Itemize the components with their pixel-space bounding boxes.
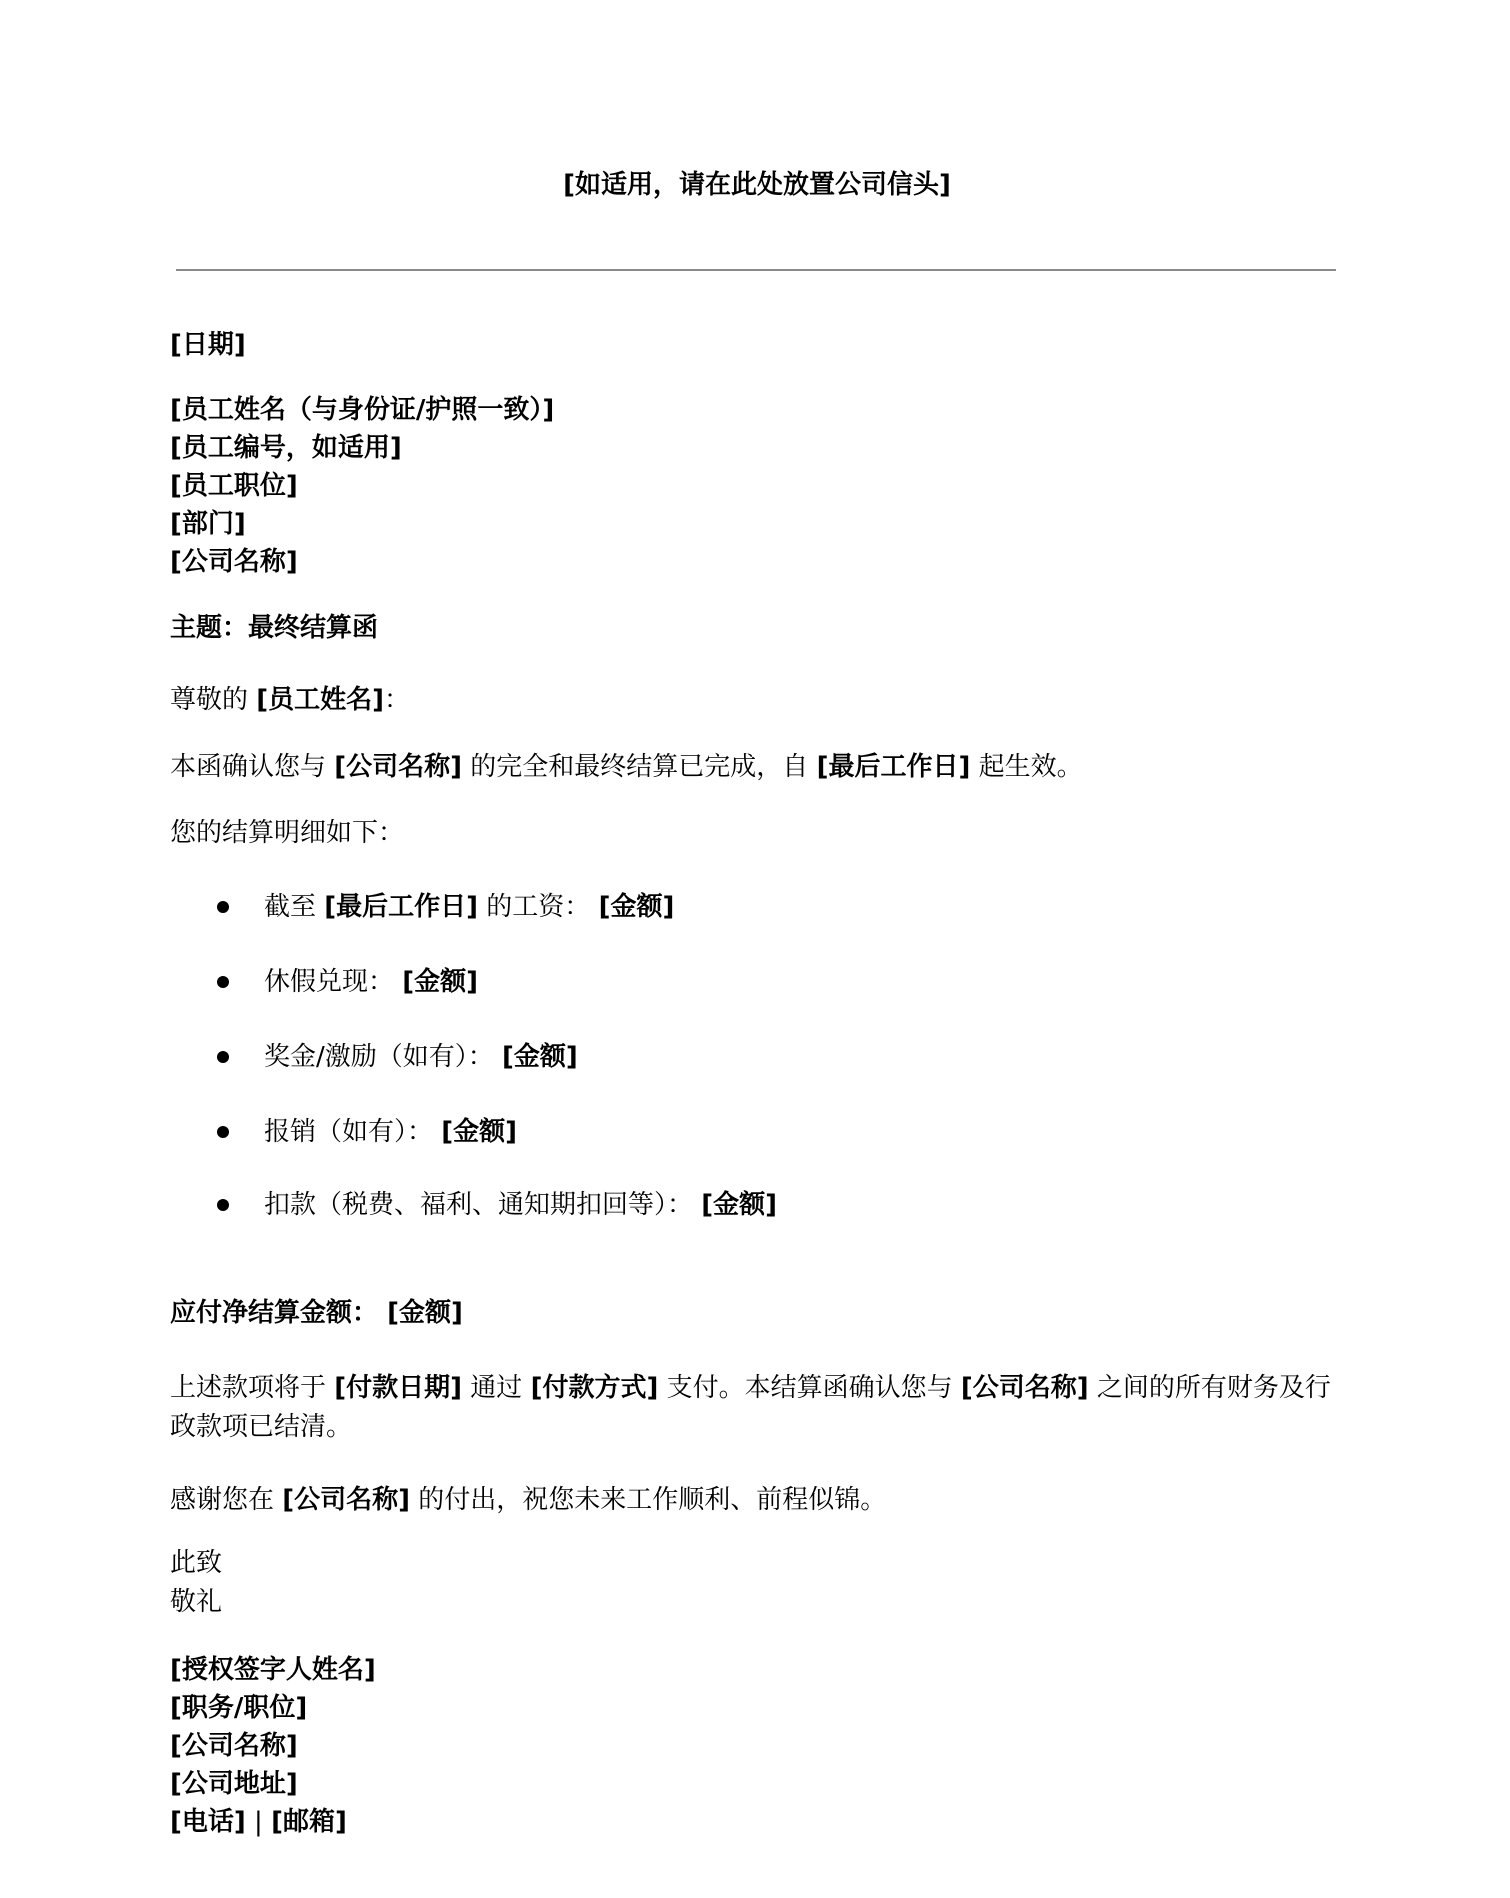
item-amount: [金额]	[441, 1117, 517, 1147]
net-label: 应付净结算金额：	[170, 1298, 387, 1328]
item-label: 报销（如有）：	[264, 1117, 441, 1147]
item-last-day: [最后工作日]	[324, 892, 478, 922]
letterhead-placeholder: [如适用，请在此处放置公司信头]	[0, 166, 1510, 204]
payment-company: [公司名称]	[961, 1373, 1089, 1403]
signature-company: [公司名称]	[170, 1727, 298, 1765]
recipient-company: [公司名称]	[170, 543, 298, 581]
payment-method: [付款方式]	[531, 1373, 659, 1403]
item-label-suffix: 的工资：	[478, 892, 599, 922]
payment-text-2: 通过	[462, 1373, 531, 1403]
recipient-employee-id: [员工编号，如适用]	[170, 429, 402, 467]
item-label: 休假兑现：	[264, 967, 402, 997]
recipient-department: [部门]	[170, 505, 246, 543]
signature-address: [公司地址]	[170, 1765, 298, 1803]
item-amount: [金额]	[502, 1042, 578, 1072]
item-label: 截至	[264, 892, 324, 922]
header-divider	[176, 269, 1336, 271]
item-label: 奖金/激励（如有）：	[264, 1042, 502, 1072]
greeting-name: [员工姓名]	[256, 685, 384, 715]
date-field: [日期]	[170, 326, 246, 364]
intro-text-2: 的完全和最终结算已完成，自	[462, 752, 817, 782]
intro-company: [公司名称]	[334, 752, 462, 782]
closing-line-1: 此致	[170, 1544, 222, 1582]
subject-line: 主题：最终结算函	[170, 609, 378, 647]
payment-date: [付款日期]	[334, 1373, 462, 1403]
net-settlement: 应付净结算金额： [金额]	[170, 1294, 463, 1332]
signatory-title: [职务/职位]	[170, 1689, 307, 1727]
net-amount: [金额]	[387, 1298, 463, 1328]
intro-text-3: 起生效。	[970, 752, 1082, 782]
payment-paragraph: 上述款项将于 [付款日期] 通过 [付款方式] 支付。本结算函确认您与 [公司名…	[170, 1369, 1350, 1447]
item-amount: [金额]	[701, 1190, 777, 1220]
bullet-icon	[217, 1199, 229, 1211]
thanks-text-2: 的付出，祝您未来工作顺利、前程似锦。	[410, 1485, 886, 1515]
intro-last-day: [最后工作日]	[817, 752, 971, 782]
bullet-icon	[217, 976, 229, 988]
greeting: 尊敬的 [员工姓名]：	[170, 681, 410, 719]
signature-contact: [电话] | [邮箱]	[170, 1803, 347, 1841]
contact-separator: |	[246, 1807, 271, 1837]
intro-text-1: 本函确认您与	[170, 752, 334, 782]
signature-email: [邮箱]	[271, 1807, 347, 1837]
closing-line-2: 敬礼	[170, 1583, 222, 1621]
thanks-text-1: 感谢您在	[170, 1485, 282, 1515]
item-label: 扣款（税费、福利、通知期扣回等）：	[264, 1190, 701, 1220]
bullet-icon	[217, 1051, 229, 1063]
bullet-icon	[217, 1126, 229, 1138]
signatory-name: [授权签字人姓名]	[170, 1651, 376, 1689]
greeting-prefix: 尊敬的	[170, 685, 256, 715]
bullet-icon	[217, 901, 229, 913]
recipient-position: [员工职位]	[170, 467, 298, 505]
greeting-suffix: ：	[384, 685, 410, 715]
item-amount: [金额]	[599, 892, 675, 922]
item-amount: [金额]	[402, 967, 478, 997]
signature-phone: [电话]	[170, 1807, 246, 1837]
recipient-name: [员工姓名（与身份证/护照一致）]	[170, 391, 554, 429]
intro-paragraph: 本函确认您与 [公司名称] 的完全和最终结算已完成，自 [最后工作日] 起生效。	[170, 748, 1083, 786]
thanks-paragraph: 感谢您在 [公司名称] 的付出，祝您未来工作顺利、前程似锦。	[170, 1481, 886, 1519]
breakdown-intro: 您的结算明细如下：	[170, 814, 404, 852]
payment-text-1: 上述款项将于	[170, 1373, 334, 1403]
payment-text-3: 支付。本结算函确认您与	[658, 1373, 961, 1403]
thanks-company: [公司名称]	[282, 1485, 410, 1515]
